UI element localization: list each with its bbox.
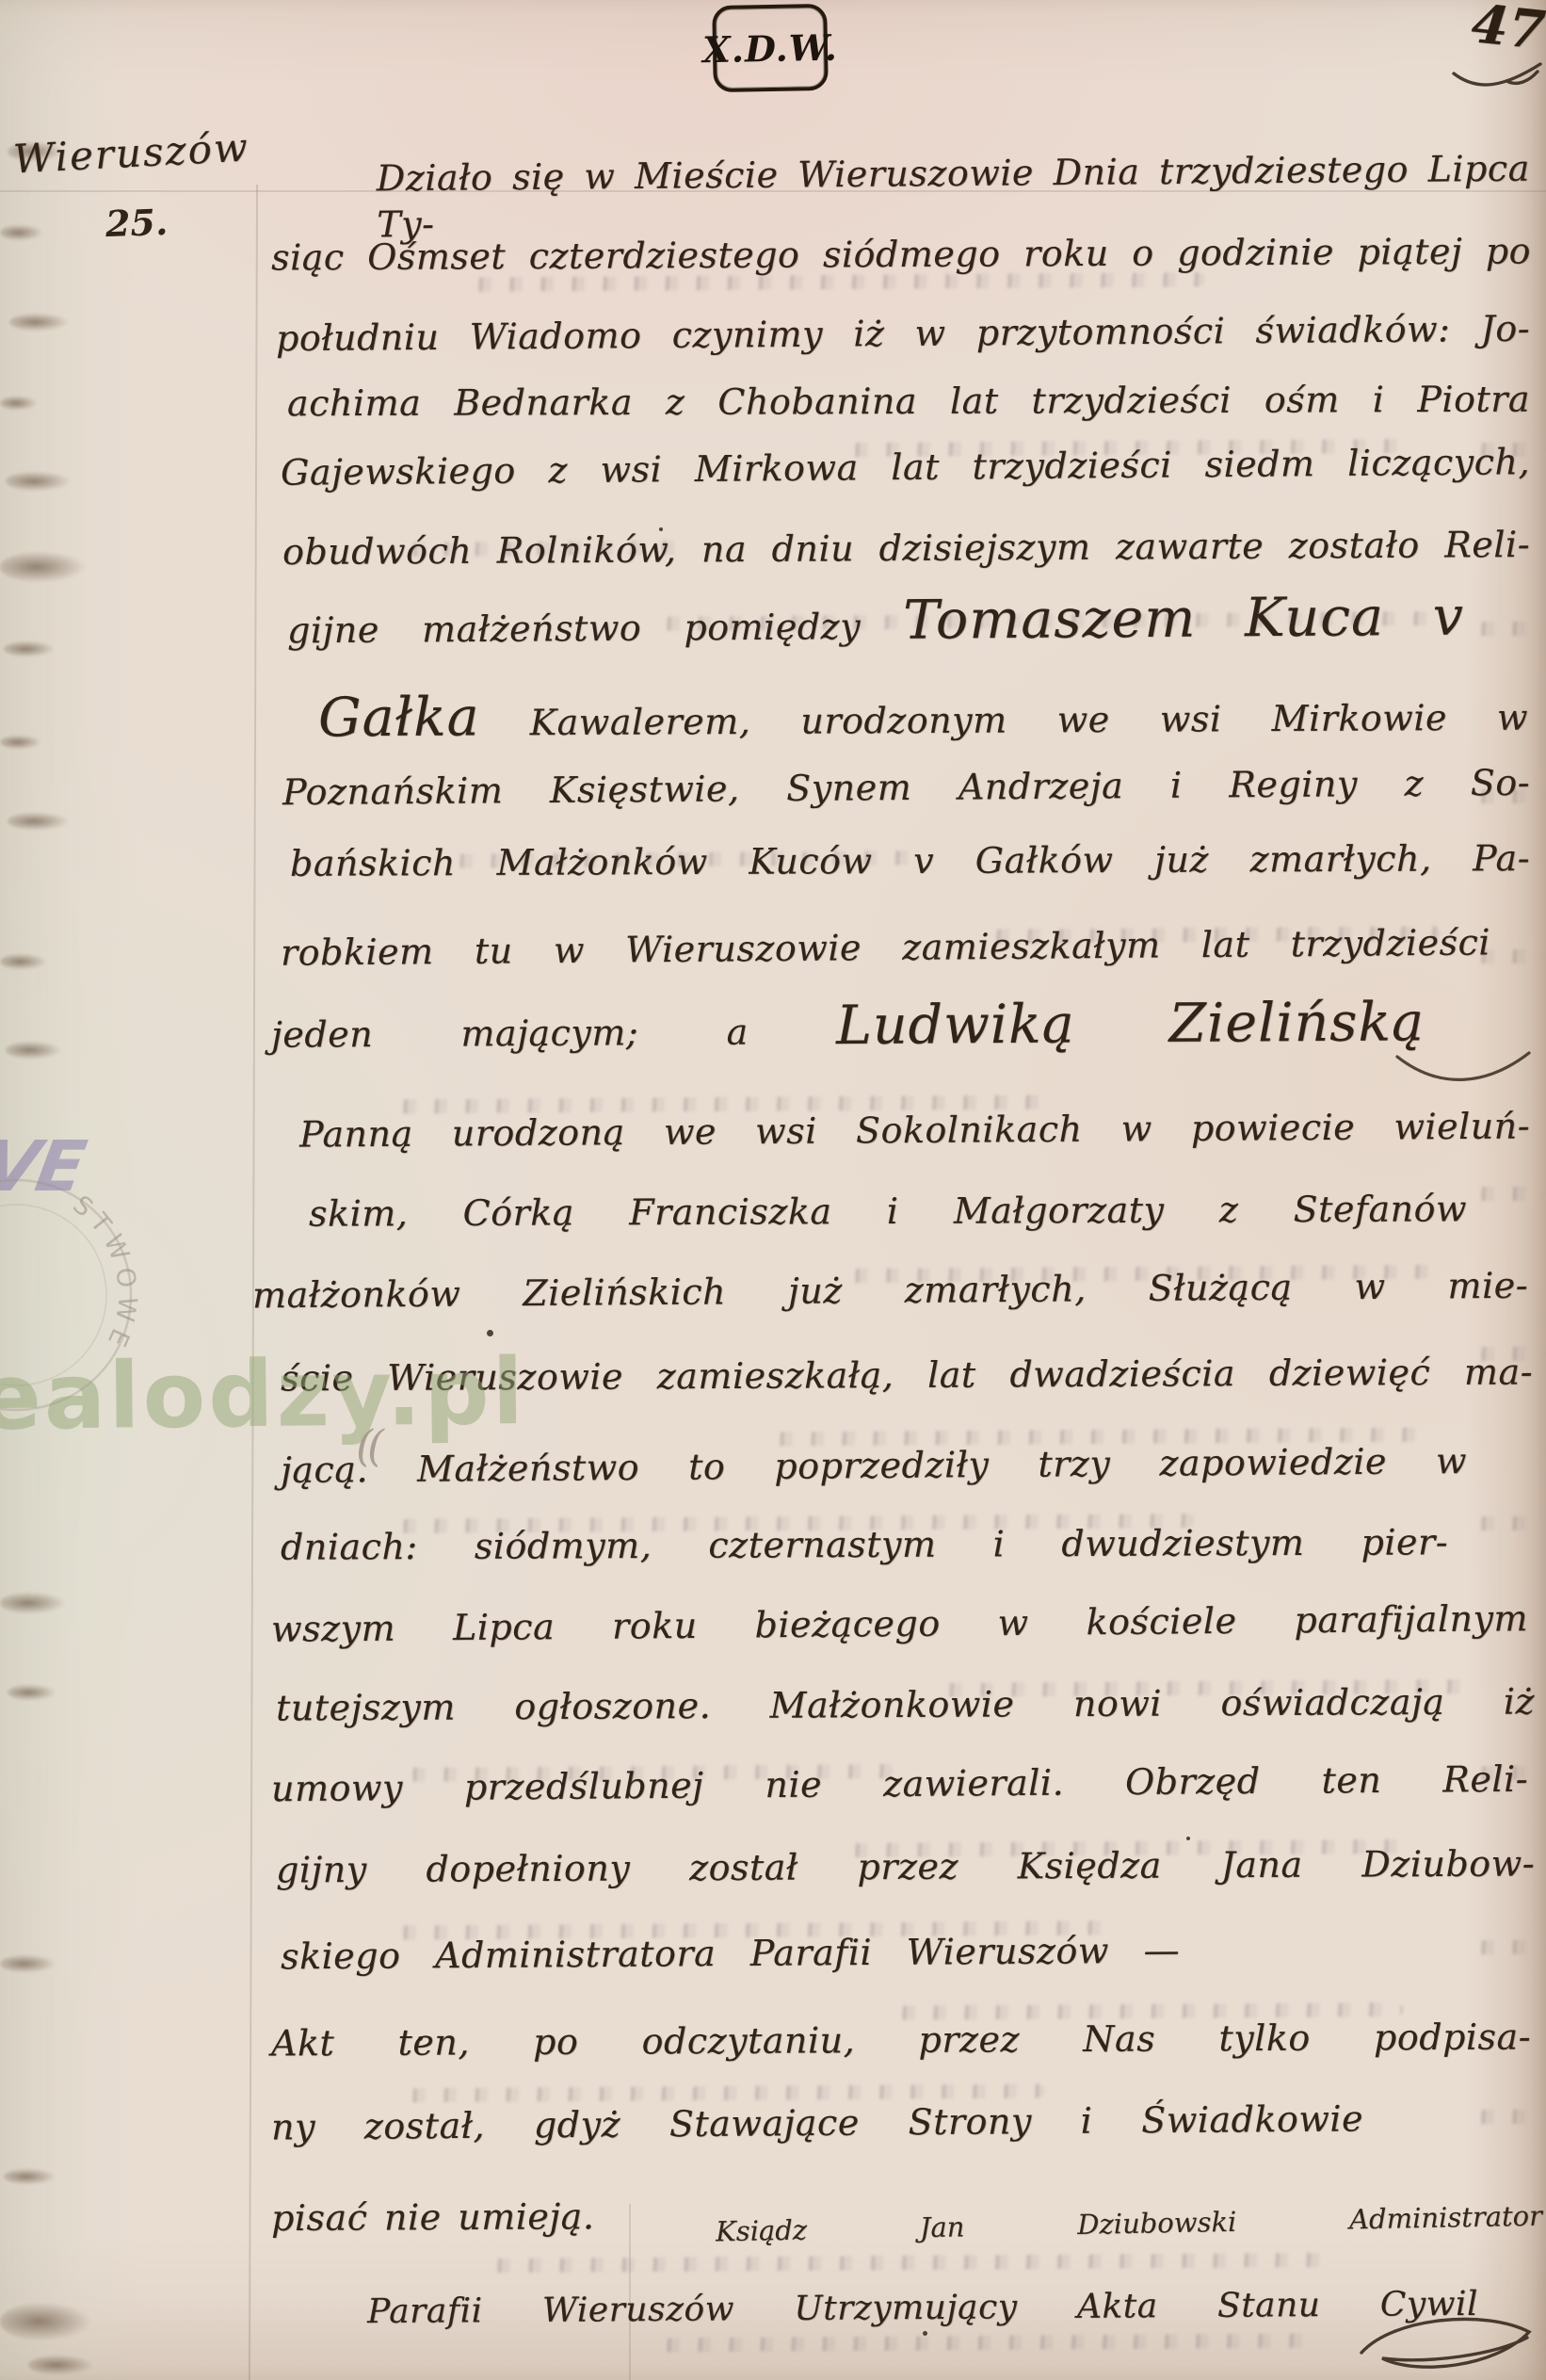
groom-surname: Gałka: [318, 686, 480, 749]
manuscript-line: gijny dopełniony został przez Księdza Ja…: [276, 1841, 1535, 1894]
ink-smudge: [0, 953, 47, 970]
bleed-through-mark: [1474, 1516, 1544, 1531]
manuscript-line: ny został, gdyż Stawające Strony i Świad…: [271, 2096, 1363, 2150]
scanned-registry-page: X.D.W. 47 Wieruszów 25. Działo się w Mie…: [0, 0, 1546, 2380]
manuscript-line: Akt ten, po odczytaniu, przez Nas tylko …: [271, 2014, 1531, 2066]
manuscript-line: achima Bednarka z Chobanina lat trzydzie…: [287, 377, 1530, 428]
manuscript-line: Gajewskiego z wsi Mirkowa lat trzydzieśc…: [281, 439, 1530, 496]
svg-text:STWOWE: STWOWE: [67, 1190, 142, 1357]
ink-smudge: [6, 1041, 62, 1060]
bleed-through-mark: [1474, 1940, 1544, 1955]
manuscript-line: południu Wiadomo czynimy iż w przytomnoś…: [276, 306, 1530, 363]
manuscript-line: bańskich Małżonków Kuców v Gałków już zm…: [290, 835, 1530, 887]
bleed-through-mark: [1474, 1187, 1544, 1202]
ink-speck: [487, 1330, 493, 1336]
ink-smudge: [4, 2168, 56, 2185]
manuscript-line: obudwóch Rolników, na dniu dzisiejszym z…: [282, 522, 1530, 575]
manuscript-line: Poznańskim Księstwie, Synem Andrzeja i R…: [282, 760, 1530, 817]
inspection-stamp: X.D.W.: [712, 4, 829, 92]
manuscript-line: umowy przedślubnej nie zawierali. Obrzęd…: [271, 1757, 1528, 1813]
act-number: 25.: [105, 201, 169, 245]
ink-smudge: [0, 396, 38, 411]
archive-stamp-text: STWOWE: [67, 1190, 142, 1357]
manuscript-text: gijne małżeństwo pomiędzy: [287, 606, 861, 651]
ink-speck: [418, 2036, 423, 2041]
ink-smudge: [28, 2355, 94, 2375]
ink-smudge: [0, 1592, 66, 1614]
ink-smudge: [8, 1684, 56, 1701]
ink-speck: [923, 2331, 927, 2336]
manuscript-line: gijne małżeństwo pomiędzy Tomaszem Kuca …: [287, 582, 1464, 660]
manuscript-line: skiego Administratora Parafii Wieruszów …: [281, 1928, 1180, 1981]
manuscript-text: jeden mającym; a: [271, 1012, 749, 1056]
site-watermark: ealodzy.pl: [0, 1338, 526, 1450]
ink-smudge: [0, 551, 87, 583]
manuscript-line: skim, Córką Franciszka i Małgorzaty z St…: [309, 1186, 1467, 1238]
margin-place-name: Wieruszów: [12, 123, 250, 182]
bleed-through-mark: [490, 2253, 1337, 2273]
inspection-stamp-text: X.D.W.: [702, 25, 838, 70]
manuscript-line: dniach: siódmym, czternastym i dwudziest…: [281, 1519, 1448, 1571]
ink-smudge: [0, 1954, 56, 1973]
manuscript-line: tutejszym ogłoszone. Małżonkowie nowi oś…: [276, 1679, 1535, 1732]
manuscript-line: siąc Ośmset czterdziestego siódmego roku…: [271, 228, 1531, 281]
ink-speck: [1186, 1837, 1190, 1840]
ink-smudge: [0, 2302, 92, 2341]
bride-name: Ludwiką Zielińską: [836, 991, 1425, 1057]
manuscript-line: pisać nie umieją.: [271, 2194, 667, 2242]
manuscript-line: jeden mającym; a Ludwiką Zielińską: [271, 987, 1425, 1064]
manuscript-line: Gałka Kawalerem, urodzonym we wsi Mirkow…: [318, 677, 1528, 753]
signature-paraph: [1354, 2309, 1542, 2377]
manuscript-line: wszym Lipca roku bieżącego w kościele pa…: [271, 1595, 1528, 1653]
ink-smudge: [4, 640, 56, 657]
ink-smudge: [6, 471, 72, 492]
ink-smudge: [0, 224, 43, 241]
bleed-through-mark: [1474, 2110, 1544, 2125]
groom-name: Tomaszem Kuca v: [903, 586, 1464, 652]
bleed-through-mark: [659, 2334, 1318, 2353]
ink-speck: [659, 527, 663, 531]
manuscript-line: Panną urodzoną we wsi Sokolnikach w powi…: [299, 1103, 1530, 1158]
ink-smudge: [9, 313, 70, 332]
manuscript-line: robkiem tu w Wieruszowie zamieszkałym la…: [281, 919, 1490, 977]
bleed-through-mark: [1474, 622, 1544, 637]
priest-signature: Ksiądz Jan Dziubowski Administrator: [716, 2200, 1542, 2248]
bride-name-flourish: [1393, 1044, 1535, 1093]
manuscript-text: Kawalerem, urodzonym we wsi Mirkowie w: [530, 697, 1529, 744]
page-number-flourish: [1450, 49, 1544, 92]
ink-smudge: [0, 735, 41, 750]
manuscript-line: Parafii Wieruszów Utrzymujący Akta Stanu…: [367, 2283, 1478, 2335]
manuscript-line: jącą. Małżeństwo to poprzedziły trzy zap…: [281, 1438, 1467, 1494]
ink-smudge: [8, 812, 70, 831]
manuscript-line: małżonków Zielińskich już zmarłych, Służ…: [252, 1263, 1528, 1320]
